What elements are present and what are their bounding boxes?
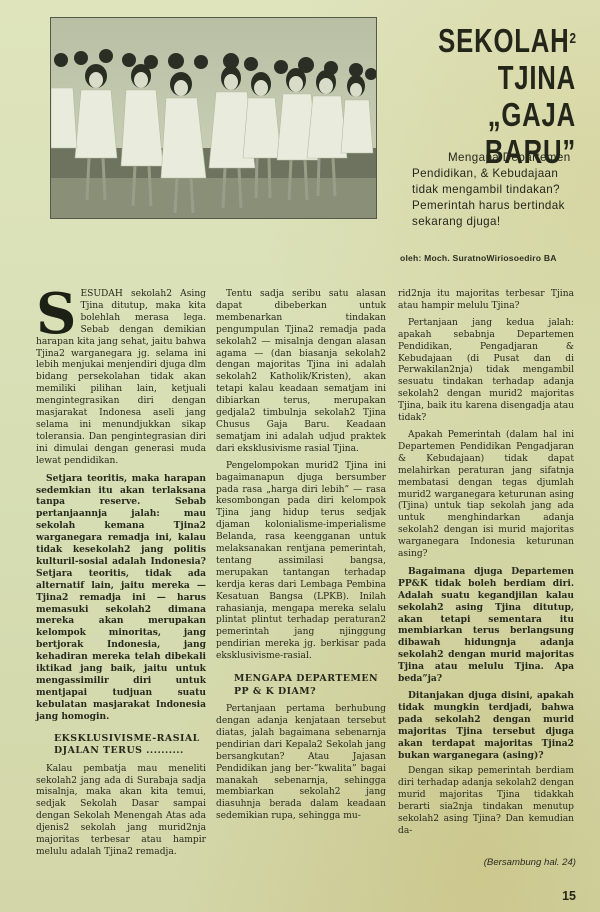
lede-text: Mengapa Departemen Pendidikan, & Kebudaj… — [412, 150, 584, 230]
article-photo — [50, 17, 377, 219]
column-1: SESUDAH sekolah2 Asing Tjina ditutup, ma… — [36, 289, 206, 864]
paragraph: Pengelompokan murid2 Tjina ini bagaimana… — [216, 461, 386, 663]
column-2: Tentu sadja seribu satu alasan dapat dib… — [216, 289, 386, 828]
drop-cap: S — [36, 291, 76, 337]
page-number: 15 — [562, 889, 576, 903]
title-superscript: 2 — [569, 30, 576, 47]
continued-note: (Bersambung hal. 24) — [484, 857, 576, 868]
paragraph: Ditanjakan djuga disini, apakah tidak mu… — [398, 690, 574, 761]
paragraph: Kalau pembatja mau meneliti sekolah2 jan… — [36, 764, 206, 859]
paragraph: Pertanjaan jang kedua jalah: apakah seba… — [398, 318, 574, 425]
article-lede: Mengapa Departemen Pendidikan, & Kebudaj… — [412, 150, 584, 230]
subheading: EKSKLUSIVISME-RASIAL DJALAN TERUS ......… — [36, 733, 206, 758]
paragraph: Bagaimana djuga Departemen PP&K tidak bo… — [398, 566, 574, 685]
paragraph: Pertanjaan pertama berhubung dengan adan… — [216, 704, 386, 823]
title-line-2: TJINA — [404, 59, 576, 96]
column-3: rid2nja itu majoritas terbesar Tjina ata… — [398, 289, 574, 843]
paragraph: SESUDAH sekolah2 Asing Tjina ditutup, ma… — [36, 289, 206, 468]
paragraph: Setjara teoritis, maka harapan sedemkian… — [36, 473, 206, 723]
paragraph: Dengan sikap pemerintah berdiam diri ter… — [398, 766, 574, 837]
photo-image-icon — [51, 18, 376, 218]
byline: oleh: Moch. SuratnoWiriosoediro BA — [400, 253, 590, 263]
subheading: MENGAPA DEPARTEMEN PP & K DIAM? — [216, 673, 386, 698]
title-line-1: SEKOLAH — [438, 22, 569, 59]
paragraph: Apakah Pemerintah (dalam hal ini Departe… — [398, 430, 574, 561]
article-title: SEKOLAH2 TJINA „GAJA BARU” — [404, 22, 576, 170]
paragraph: Tentu sadja seribu satu alasan dapat dib… — [216, 289, 386, 456]
paragraph: rid2nja itu majoritas terbesar Tjina ata… — [398, 289, 574, 313]
